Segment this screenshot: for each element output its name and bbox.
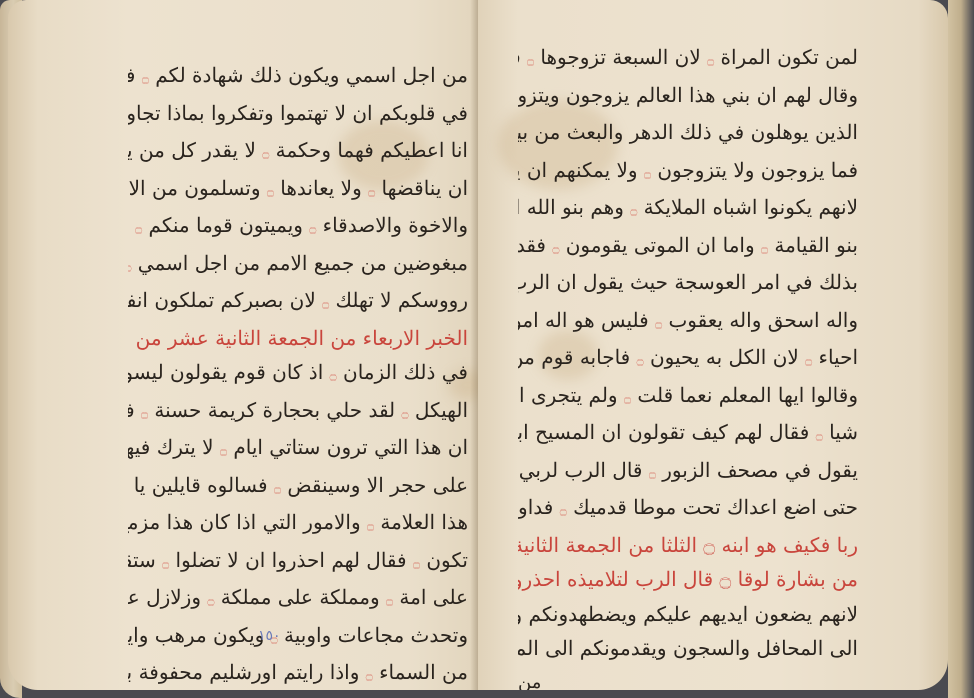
catchword: من bbox=[518, 666, 858, 691]
folio-number: ١٥٠ bbox=[258, 628, 281, 644]
text-line: رووسكم لا تهلك ۝ لان بصبركم تملكون انفسك… bbox=[128, 283, 468, 321]
verse-marker-icon: ۝ bbox=[128, 259, 131, 273]
text-line: بنو القيامة ۝ واما ان الموتى يقومون ۝ فق… bbox=[518, 228, 858, 266]
text-line: في ذلك الزمان ۝ اذ كان قوم يقولون ليسوع … bbox=[128, 355, 468, 393]
verse-marker-icon: ۝ bbox=[330, 368, 337, 382]
verse-marker-icon: ۝ bbox=[655, 316, 662, 330]
verse-marker-icon: ۝ bbox=[309, 221, 316, 235]
verse-marker-icon: ۝ bbox=[649, 466, 656, 480]
verse-marker-icon: ۝ bbox=[142, 71, 149, 85]
text-line: وقال لهم ان بني هذا العالم يزوجون ويتزوج… bbox=[518, 78, 858, 116]
right-page-text: لمن تكون المراة ۝ لان السبعة تزوجوها ۝ ف… bbox=[518, 40, 858, 690]
text-line: لانهم يكونوا اشباه الملايكة ۝ وهم بنو ال… bbox=[518, 190, 858, 228]
text-line: يقول في مصحف الزبور ۝ قال الرب لربي اجلس… bbox=[518, 453, 858, 491]
verse-marker-icon: ۝ bbox=[761, 241, 768, 255]
left-page-text: من اجل اسمي ويكون ذلك شهادة لكم ۝ فضعوا … bbox=[128, 58, 468, 690]
text-line: واله اسحق واله يعقوب ۝ فليس هو اله اموات… bbox=[518, 303, 858, 341]
text-line: حتى اضع اعداك تحت موطا قدميك ۝ فداوود يد… bbox=[518, 490, 858, 528]
text-line: ان هذا التي ترون ستاتي ايام ۝ لا يترك في… bbox=[128, 430, 468, 468]
verse-marker-icon: ۝ bbox=[560, 503, 567, 517]
verse-marker-icon: ۝ bbox=[624, 391, 631, 405]
verse-marker-icon: ۝ bbox=[816, 428, 823, 442]
text-line: الى المحافل والسجون ويقدمونكم الى الملوك… bbox=[518, 631, 858, 666]
open-manuscript: من اجل اسمي ويكون ذلك شهادة لكم ۝ فضعوا … bbox=[0, 0, 974, 698]
verse-marker-icon: ۝ bbox=[637, 353, 644, 367]
text-line: مبغوضين من جميع الامم من اجل اسمي ۝ وشعر… bbox=[128, 246, 468, 284]
verse-marker-icon: ۝ bbox=[630, 203, 637, 217]
text-line: من اجل اسمي ويكون ذلك شهادة لكم ۝ فضعوا bbox=[128, 58, 468, 96]
text-line: الذين يوهلون في ذلك الدهر والبعث من بين … bbox=[518, 115, 858, 153]
verse-marker-icon: ۝ bbox=[552, 241, 559, 255]
verse-marker-icon: ۝ bbox=[220, 443, 227, 457]
text-line: شيا ۝ فقال لهم كيف تقولون ان المسيح ابن … bbox=[518, 415, 858, 453]
verse-marker-icon: ۝ bbox=[162, 556, 169, 570]
verse-marker-icon: ۝ bbox=[402, 406, 409, 420]
rubric-heading: الخبر الاربعاء من الجمعة الثانية عشر من … bbox=[128, 321, 468, 356]
rubric-heading: من بشارة لوقا ۝ قال الرب لتلاميذه احذروا… bbox=[518, 562, 858, 597]
text-line: على امة ۝ ومملكة على مملكة ۝ وزلازل عظيم… bbox=[128, 580, 468, 618]
text-line: الهيكل ۝ لقد حلي بحجارة كريمة حسنة ۝ فقا… bbox=[128, 393, 468, 431]
verse-marker-icon: ۝ bbox=[262, 146, 269, 160]
text-line: لمن تكون المراة ۝ لان السبعة تزوجوها ۝ ف… bbox=[518, 40, 858, 78]
text-line: لانهم يضعون ايديهم عليكم ويضطهدونكم ويسل… bbox=[518, 597, 858, 632]
verse-marker-icon: ۝ bbox=[644, 166, 651, 180]
verse-marker-icon: ۝ bbox=[141, 406, 148, 420]
rubric-heading: ربا فكيف هو ابنه ۝ الثلثا من الجمعة الثا… bbox=[518, 528, 858, 563]
text-line: احياء ۝ لان الكل به يحيون ۝ فاجابه قوم م… bbox=[518, 340, 858, 378]
verse-marker-icon: ۝ bbox=[274, 481, 281, 495]
verse-marker-icon: ۝ bbox=[707, 53, 714, 67]
text-line: على حجر الا وسينقض ۝ فسالوه قايلين يا مع… bbox=[128, 468, 468, 506]
right-page: لمن تكون المراة ۝ لان السبعة تزوجوها ۝ ف… bbox=[478, 0, 948, 690]
text-line: والاخوة والاصدقاء ۝ ويميتون قوما منكم ۝ … bbox=[128, 208, 468, 246]
text-line: تكون ۝ فقال لهم احذروا ان لا تضلوا ۝ ستق… bbox=[128, 543, 468, 581]
text-line: بذلك في امر العوسجة حيث يقول ان الرب اله… bbox=[518, 265, 858, 303]
text-line: فما يزوجون ولا يتزوجون ۝ ولا يمكنهم ان ي… bbox=[518, 153, 858, 191]
text-line: هذا العلامة ۝ والامور التي اذا كان هذا م… bbox=[128, 505, 468, 543]
verse-marker-icon: ۝ bbox=[527, 53, 534, 67]
text-line: انا اعطيكم فهما وحكمة ۝ لا يقدر كل من يع… bbox=[128, 133, 468, 171]
left-page: من اجل اسمي ويكون ذلك شهادة لكم ۝ فضعوا … bbox=[8, 0, 478, 690]
text-line: في قلوبكم ان لا تهتموا وتفكروا بماذا تجا… bbox=[128, 96, 468, 134]
verse-marker-icon: ۝ bbox=[413, 556, 420, 570]
text-line: من السماء ۝ واذا رايتم اورشليم محفوفة با… bbox=[128, 655, 468, 690]
verse-marker-icon: ۝ bbox=[386, 593, 393, 607]
text-line: وتحدث مجاعات واوبية ۝ ويكون مرهب وايات bbox=[128, 618, 468, 656]
verse-marker-icon: ۝ bbox=[322, 296, 329, 310]
text-line: وقالوا ايها المعلم نعما قلت ۝ ولم يتجرى … bbox=[518, 378, 858, 416]
verse-marker-icon: ۝ bbox=[368, 184, 375, 198]
verse-marker-icon: ۝ bbox=[367, 518, 374, 532]
verse-marker-icon: ۝ bbox=[267, 184, 274, 198]
right-page-edges bbox=[948, 0, 974, 698]
verse-marker-icon: ۝ bbox=[135, 221, 142, 235]
text-line: ان يناقضها ۝ ولا يعاندها ۝ وتسلمون من ال… bbox=[128, 171, 468, 209]
verse-marker-icon: ۝ bbox=[366, 668, 373, 682]
verse-marker-icon: ۝ bbox=[207, 593, 214, 607]
verse-marker-icon: ۝ bbox=[805, 353, 812, 367]
